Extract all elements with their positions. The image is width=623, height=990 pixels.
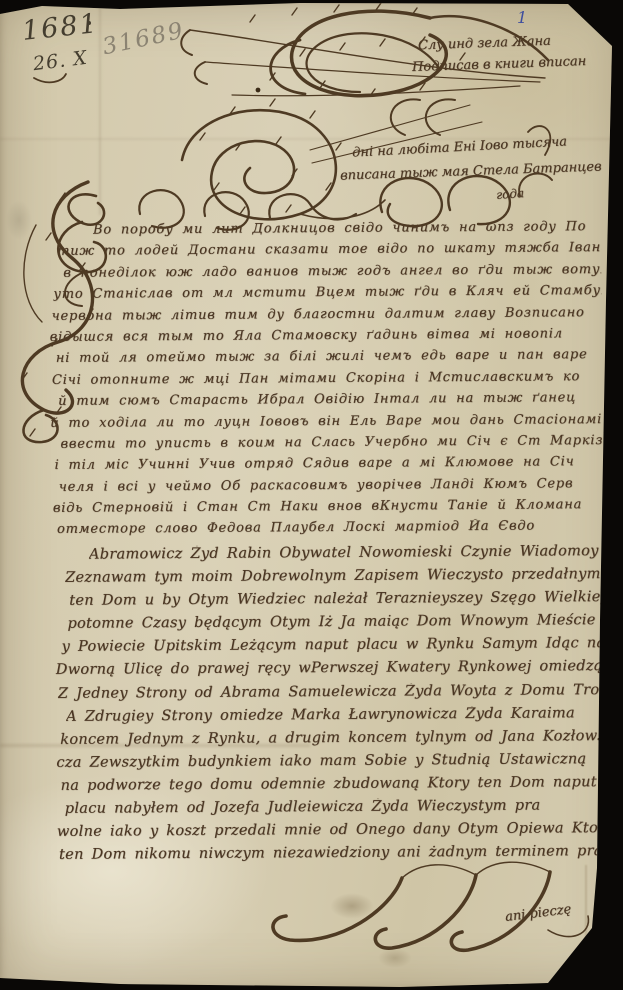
date-annotation: 26. X (32, 47, 89, 76)
spiral-flourish (182, 99, 482, 219)
manuscript-line: ten Dom nikomu niwczym niezawiedziony an… (59, 843, 607, 870)
ink-dot (256, 88, 261, 93)
heading-line: вписана тыж мая Стела Батранцев (340, 159, 602, 183)
heading-line: года (496, 186, 525, 202)
manuscript-scan: 1681 26. X 31689 1 Слу инд зела Жана Под… (0, 0, 623, 990)
heading-line: Подписав в книги вписан (412, 54, 587, 75)
paper-sheet: 1681 26. X 31689 1 Слу инд зела Жана Под… (0, 0, 623, 990)
heading-line: Слу инд зела Жана (418, 34, 551, 54)
paper-stain (378, 948, 412, 968)
closing-line: ani pieczę (504, 902, 572, 925)
smudge-stain (6, 200, 32, 240)
heading-line: дні на любіта Ені Іово тысяча (352, 134, 568, 160)
polish-text-block: Abramowicz Żyd Rabin Obywatel Nowomieski… (55, 543, 607, 870)
cyrillic-text-block: Во поробу ми лит Долкницов свідо чинимъ … (49, 219, 603, 544)
year-annotation: 1681 (21, 8, 101, 47)
date-underline (34, 74, 66, 82)
archive-number-annotation: 31689 (100, 18, 187, 61)
manuscript-line: отместоре слово Федова Плаубел Лоскі мар… (57, 519, 603, 544)
folio-number-annotation: 1 (517, 8, 527, 27)
vertical-crease-bottom-right (585, 865, 587, 990)
ink-stain (330, 893, 374, 919)
